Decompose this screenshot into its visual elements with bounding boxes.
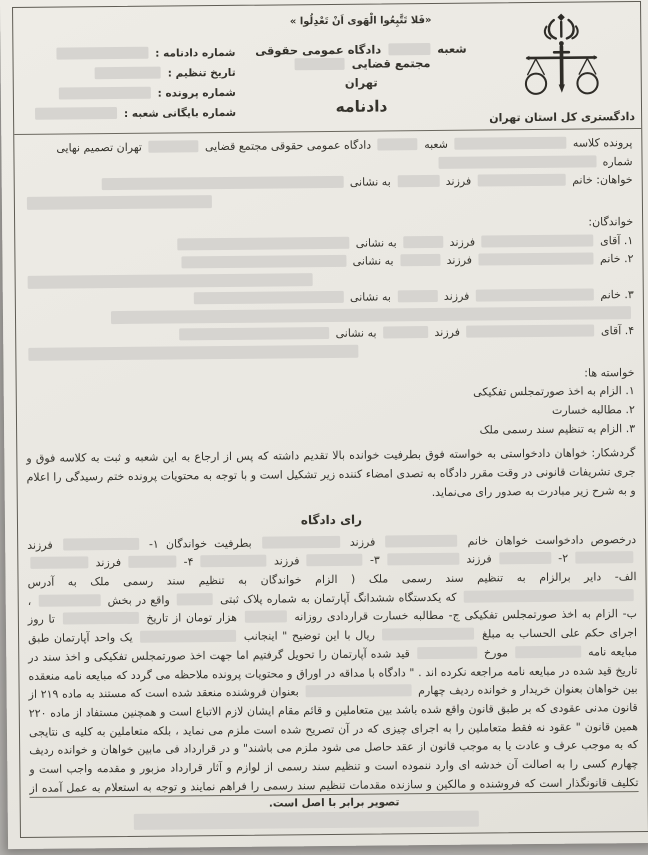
redacted-text <box>59 87 151 100</box>
city-line: تهران <box>236 74 487 90</box>
redacted-text <box>128 556 176 568</box>
redacted-text <box>466 324 594 337</box>
redacted-text <box>201 555 267 568</box>
redacted-text <box>28 344 358 360</box>
redacted-text <box>388 43 430 55</box>
redacted-text <box>38 594 100 607</box>
redacted-text <box>35 107 117 120</box>
redacted-text <box>382 628 474 641</box>
redacted-text <box>387 553 459 566</box>
redacted-text <box>575 551 633 564</box>
redacted-text <box>464 589 634 603</box>
redacted-text <box>397 175 439 187</box>
justice-scales-icon <box>515 9 608 106</box>
redacted-text <box>482 234 594 247</box>
redacted-text <box>57 47 149 60</box>
redacted-text <box>181 255 346 269</box>
redacted-text <box>179 327 329 340</box>
field-row-archive-number: شماره بایگانی شعبه : <box>22 106 236 121</box>
redacted-text <box>193 291 343 304</box>
redacted-text <box>385 534 457 547</box>
redacted-text <box>262 536 340 549</box>
document-body: پرونده کلاسه شعبه دادگاه عمومی حقوقی مجت… <box>14 129 647 795</box>
photo-background: دادگستری کل استان تهران «فَلا تَتَّبِعُو… <box>0 0 648 855</box>
redacted-text <box>245 611 287 623</box>
header-quote: «فَلا تَتَّبِعُوا الْهَوی اَنْ تَعْدِلُو… <box>235 14 486 27</box>
org-name: دادگستری کل استان تهران <box>487 110 637 124</box>
redacted-text <box>63 538 139 551</box>
document-title: دادنامه <box>236 96 487 116</box>
redacted-text <box>30 557 88 570</box>
document-frame: دادگستری کل استان تهران «فَلا تَتَّبِعُو… <box>12 1 648 838</box>
redacted-text <box>305 684 411 697</box>
redacted-text <box>476 289 594 302</box>
redacted-text <box>101 176 343 190</box>
redacted-text <box>63 612 139 625</box>
document-header: دادگستری کل استان تهران «فَلا تَتَّبِعُو… <box>13 2 641 132</box>
redacted-text <box>397 290 437 302</box>
field-row-case-number: شماره پرونده : <box>22 86 236 101</box>
redacted-text <box>515 645 581 658</box>
redacted-text <box>177 237 349 251</box>
redacted-text <box>27 195 212 210</box>
redacted-text <box>478 253 593 266</box>
redacted-text <box>295 58 345 70</box>
redacted-text <box>438 155 596 169</box>
redacted-text <box>403 236 443 248</box>
procedure-paragraph: گردشکار: خواهان دادخواستی به خواسته فوق … <box>26 444 636 506</box>
ruling-title: رای دادگاه <box>27 507 636 533</box>
redacted-text <box>95 67 161 80</box>
header-center-block: «فَلا تَتَّبِعُوا الْهَوی اَنْ تَعْدِلُو… <box>235 7 487 126</box>
redacted-text <box>134 811 479 830</box>
redacted-text <box>378 138 418 150</box>
redacted-text <box>177 593 213 605</box>
redacted-text <box>383 326 428 338</box>
case-number-line: پرونده کلاسه شعبه دادگاه عمومی حقوقی مجت… <box>23 134 632 177</box>
footer-redaction <box>30 811 479 833</box>
field-row-judgment-number: شماره دادنامه : <box>21 46 235 61</box>
redacted-text <box>28 273 313 289</box>
redacted-text <box>400 254 440 266</box>
redacted-text <box>307 554 363 567</box>
branch-line: شعبه دادگاه عمومی حقوقی مجتمع قضایی <box>235 41 486 71</box>
redacted-text <box>140 630 236 643</box>
document-footer: تصویر برابر با اصل است. <box>21 789 648 837</box>
redacted-text <box>417 646 477 659</box>
header-fields: شماره دادنامه : تاریخ تنظیم : شماره پرون… <box>17 10 236 129</box>
redacted-text <box>111 306 631 324</box>
redacted-text <box>499 552 551 564</box>
field-row-issue-date: تاریخ تنظیم : <box>22 66 236 81</box>
ruling-paragraph: درخصوص دادخواست خواهان خانم فرزند بطرفیت… <box>27 531 639 795</box>
redacted-text <box>478 174 566 187</box>
redacted-text <box>148 140 198 152</box>
redacted-text <box>454 137 566 150</box>
document-paper: دادگستری کل استان تهران «فَلا تَتَّبِعُو… <box>0 0 648 849</box>
judiciary-emblem-block: دادگستری کل استان تهران <box>486 6 637 124</box>
